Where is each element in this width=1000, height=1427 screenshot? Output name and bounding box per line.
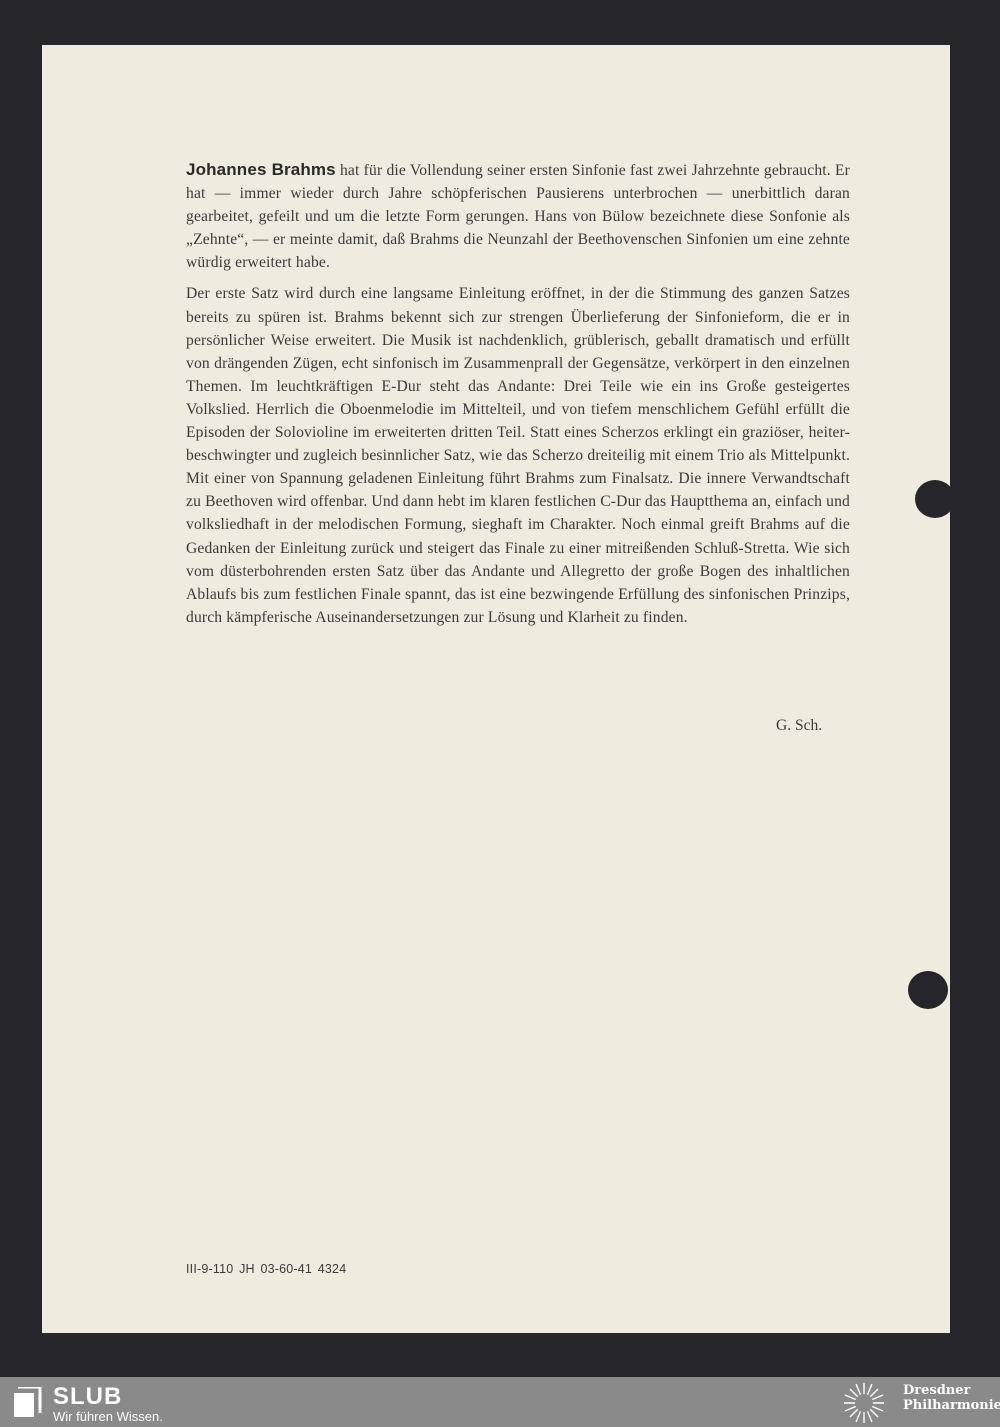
- slub-logo-tagline: Wir führen Wissen.: [53, 1409, 163, 1424]
- print-code: III-9-110 JH 03-60-41 4324: [186, 1262, 346, 1276]
- philharmonie-line2: Philharmonie: [903, 1398, 1000, 1413]
- paragraph-2: Der erste Satz wird durch eine langsame …: [186, 282, 850, 628]
- slub-book-icon: [14, 1387, 42, 1417]
- composer-name: Johannes Brahms: [186, 160, 336, 179]
- philharmonie-sun-icon: [842, 1381, 886, 1425]
- philharmonie-line1: Dresdner: [903, 1383, 1000, 1398]
- punch-hole: [908, 971, 948, 1009]
- slub-logo-title[interactable]: SLUB: [53, 1383, 122, 1411]
- footer-bar: SLUB Wir führen Wissen. Dresdner Philhar…: [0, 1377, 1000, 1427]
- philharmonie-logo-text[interactable]: Dresdner Philharmonie: [903, 1383, 1000, 1413]
- body-text: Johannes Brahms hat für die Vollendung s…: [186, 158, 850, 637]
- signature: G. Sch.: [776, 717, 822, 735]
- paragraph-intro: Johannes Brahms hat für die Vollendung s…: [186, 158, 850, 274]
- punch-hole: [915, 480, 955, 518]
